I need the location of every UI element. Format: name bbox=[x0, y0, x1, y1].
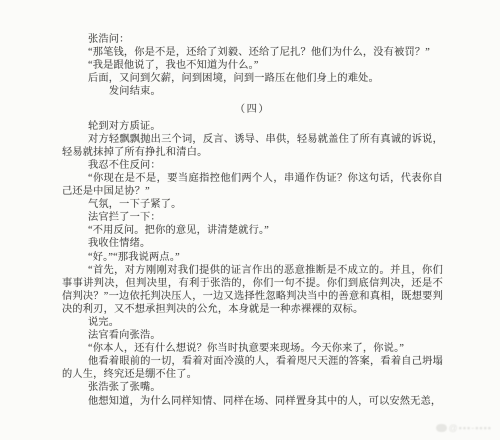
section-heading: （四） bbox=[62, 103, 443, 116]
paragraph: 法官看向张浩。 bbox=[62, 329, 443, 342]
paragraph: “首先，对方刚刚对我们提供的证言作出的恶意推断是不成立的。并且，你们事事讲判决，… bbox=[62, 264, 443, 316]
weibo-watermark: @▪▪▪-▪▪▪▪ bbox=[436, 423, 492, 433]
paragraph: 他看着眼前的一切，看着对面冷漠的人，看着咫尺天涯的答案，看着自己坍塌的人生，终究… bbox=[62, 355, 443, 381]
watermark-text: @▪▪▪-▪▪▪▪ bbox=[449, 423, 492, 433]
document-page: 张浩问：“那笔钱，你是不是，还给了刘毅、还给了尼扎？他们为什么，没有被罚？”“我… bbox=[0, 0, 500, 440]
paragraph: 发问结束。 bbox=[62, 85, 443, 98]
paragraph: 后面，又问到欠薪，问到困境，问到一路压在他们身上的难处。 bbox=[62, 72, 443, 85]
paragraph: “不用反问。把你的意见，讲清楚就行。” bbox=[62, 224, 443, 237]
paragraph: “好。”“那我说两点。” bbox=[62, 251, 443, 264]
paragraph: 对方轻飘飘抛出三个词，反言、诱导、串供，轻易就盖住了所有真诚的诉说，轻易就抹掉了… bbox=[62, 133, 443, 159]
paragraph: 张浩问： bbox=[62, 33, 443, 46]
paragraph: 气氛，一下子紧了。 bbox=[62, 198, 443, 211]
paragraph: 说完。 bbox=[62, 316, 443, 329]
paragraph: 我忍不住反问： bbox=[62, 159, 443, 172]
paragraph: “那笔钱，你是不是，还给了刘毅、还给了尼扎？他们为什么，没有被罚？” bbox=[62, 46, 443, 59]
paragraphs: 张浩问：“那笔钱，你是不是，还给了刘毅、还给了尼扎？他们为什么，没有被罚？”“我… bbox=[62, 33, 443, 408]
paragraph: 张浩张了张嘴。 bbox=[62, 381, 443, 394]
paragraph: 法官拦了一下： bbox=[62, 211, 443, 224]
watermark-eye-icon bbox=[436, 424, 447, 432]
paragraph: 我收住情绪。 bbox=[62, 237, 443, 250]
paragraph: 他想知道，为什么同样知情、同样在场、同样置身其中的人，可以安然无恙， bbox=[62, 395, 443, 408]
paragraph: “你本人，还有什么想说？你当时执意要来现场。今天你来了，你说。” bbox=[62, 342, 443, 355]
paragraph: “我是跟他说了，我也不知道为什么。” bbox=[62, 59, 443, 72]
paragraph: 轮到对方质证。 bbox=[62, 120, 443, 133]
paragraph: “你现在是不是，要当庭指控他们两个人，串通作伪证？你这句话，代表你自己还是中国足… bbox=[62, 172, 443, 198]
